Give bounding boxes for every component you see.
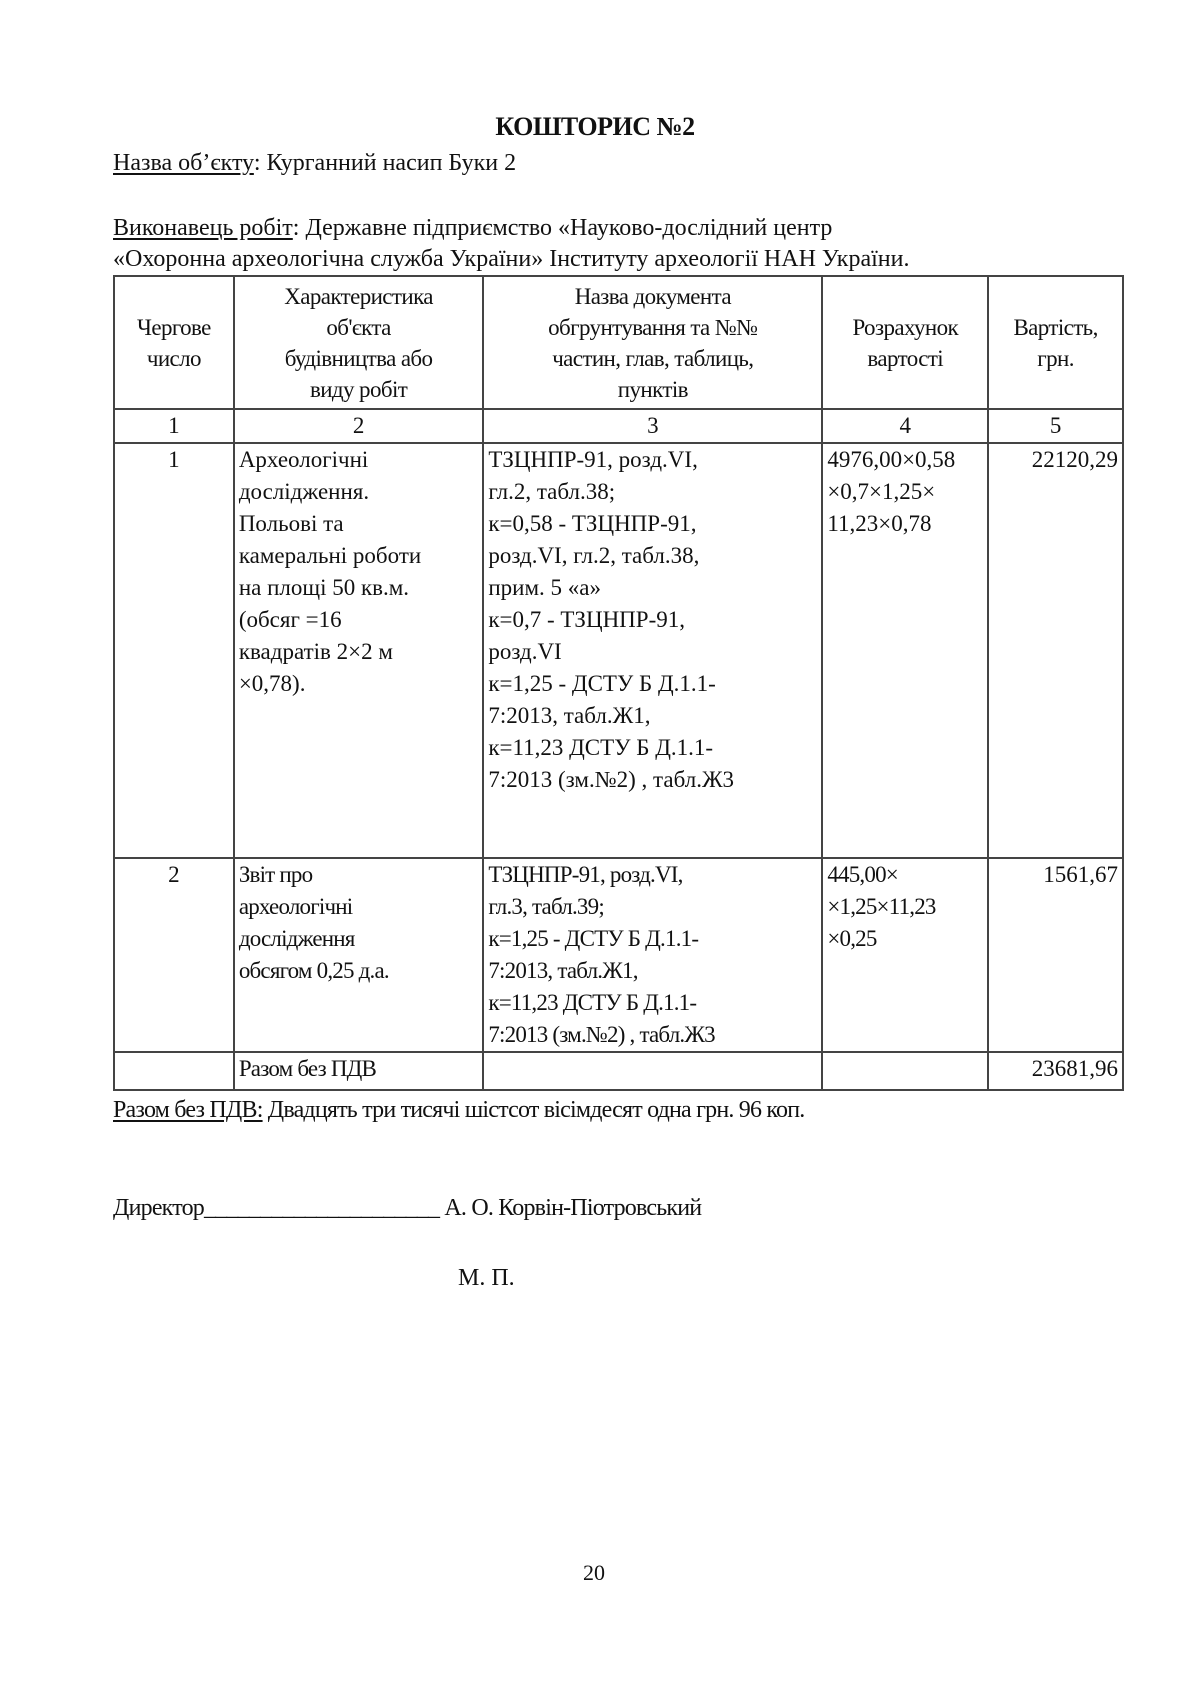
estimate-table: Чергове число Характеристика об'єкта буд… — [113, 275, 1124, 1091]
row-cost: 1561,67 — [988, 858, 1123, 1052]
signature-name: А. О. Корвін-Піотровський — [439, 1195, 701, 1221]
header-description: Характеристика об'єкта будівництва або в… — [234, 276, 484, 409]
contractor-label: Виконавець робіт — [113, 215, 293, 241]
summary-label: Разом без ПДВ: — [113, 1097, 263, 1123]
total-row: Разом без ПДВ 23681,96 — [114, 1052, 1123, 1090]
contractor-line-2: «Охоронна археологічна служба України» І… — [113, 246, 909, 273]
contractor-value-1: : Державне підприємство «Науково-дослідн… — [293, 215, 833, 241]
signature-line: Директор_____________________ А. О. Корв… — [113, 1195, 701, 1222]
total-label: Разом без ПДВ — [234, 1052, 484, 1090]
total-value: 23681,96 — [988, 1052, 1123, 1090]
stamp-place: М. П. — [458, 1265, 515, 1292]
column-number: 1 — [114, 409, 234, 443]
total-empty-cell — [114, 1052, 234, 1090]
total-empty-cell — [822, 1052, 988, 1090]
header-basis: Назва документа обгрунтування та №№ част… — [483, 276, 822, 409]
signature-role: Директор — [113, 1195, 204, 1221]
contractor-line-1: Виконавець робіт: Державне підприємство … — [113, 215, 832, 242]
row-calculation: 445,00× ×1,25×11,23 ×0,25 — [822, 858, 988, 1052]
row-number: 2 — [114, 858, 234, 1052]
row-number: 1 — [114, 443, 234, 858]
row-calculation: 4976,00×0,58 ×0,7×1,25× 11,23×0,78 — [822, 443, 988, 858]
header-cost: Вартість, грн. — [988, 276, 1123, 409]
column-number-row: 1 2 3 4 5 — [114, 409, 1123, 443]
column-number: 4 — [822, 409, 988, 443]
signature-blank: _____________________ — [204, 1195, 439, 1221]
object-name-label: Назва об’єкту — [113, 150, 254, 176]
header-number: Чергове число — [114, 276, 234, 409]
object-name-line: Назва об’єкту: Курганний насип Буки 2 — [113, 150, 516, 177]
table-row: 1 Археологічні дослідження. Польові та к… — [114, 443, 1123, 858]
page-number: 20 — [583, 1560, 605, 1586]
table-header-row: Чергове число Характеристика об'єкта буд… — [114, 276, 1123, 409]
row-basis: ТЗЦНПР-91, розд.VI, гл.2, табл.38; к=0,5… — [483, 443, 822, 858]
header-calculation: Розрахунок вартості — [822, 276, 988, 409]
row-description: Звіт про археологічні дослідження обсяго… — [234, 858, 484, 1052]
row-cost: 22120,29 — [988, 443, 1123, 858]
summary-line: Разом без ПДВ: Двадцять три тисячі шістс… — [113, 1097, 804, 1124]
table-row: 2 Звіт про археологічні дослідження обся… — [114, 858, 1123, 1052]
column-number: 5 — [988, 409, 1123, 443]
object-name-value: : Курганний насип Буки 2 — [254, 150, 516, 176]
row-basis: ТЗЦНПР-91, розд.VI, гл.3, табл.39; к=1,2… — [483, 858, 822, 1052]
column-number: 3 — [483, 409, 822, 443]
column-number: 2 — [234, 409, 484, 443]
document-title: КОШТОРИС №2 — [0, 112, 1190, 142]
row-description: Археологічні дослідження. Польові та кам… — [234, 443, 484, 858]
summary-text: Двадцять три тисячі шістсот вісімдесят о… — [263, 1097, 805, 1123]
total-empty-cell — [483, 1052, 822, 1090]
